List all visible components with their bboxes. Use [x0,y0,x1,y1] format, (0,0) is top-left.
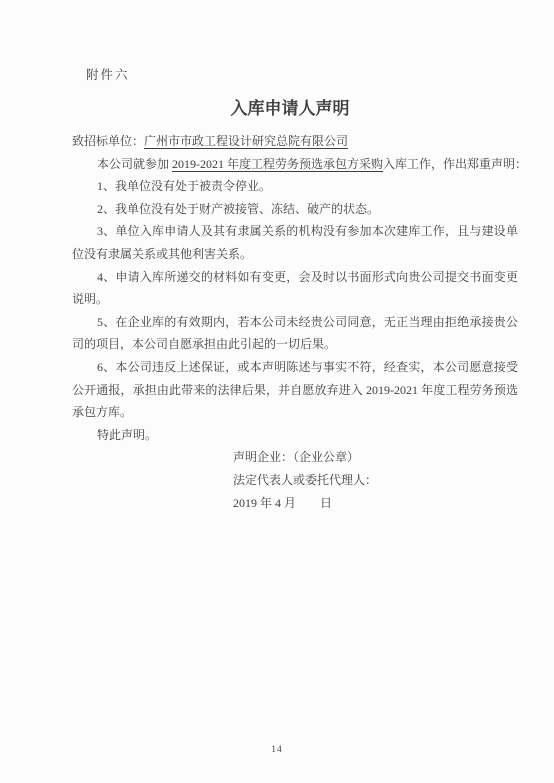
recipient-line: 致招标单位：广州市市政工程设计研究总院有限公司 [72,130,518,153]
plain-text: 入库工作，作出郑重声明： [383,157,527,171]
document-page: 附件六 入库申请人声明 致招标单位：广州市市政工程设计研究总院有限公司 本公司就… [0,0,554,783]
underlined-text: 广州市市政工程设计研究总院有限公司 [144,134,348,148]
intro-line: 本公司就参加 2019-2021 年度工程劳务预选承包方采购入库工作，作出郑重声… [72,153,518,176]
document-content: 附件六 入库申请人声明 致招标单位：广州市市政工程设计研究总院有限公司 本公司就… [0,0,554,514]
declaration-item-6: 6、本公司违反上述保证，或本声明陈述与事实不符，经查实，本公司愿意接受公开通报，… [72,356,518,424]
declaration-item-5: 5、在企业库的有效期内，若本公司未经贵公司同意，无正当理由拒绝承接贵公司的项目，… [72,311,518,356]
signature-block: 声明企业：（企业公章） 法定代表人或委托代理人： 2019 年 4 月 日 [233,446,518,514]
closing-statement: 特此声明。 [72,424,518,447]
declaration-item-2: 2、我单位没有处于财产被接管、冻结、破产的状态。 [72,198,518,221]
signature-representative-line: 法定代表人或委托代理人： [233,469,518,492]
signature-company-line: 声明企业：（企业公章） [233,446,518,469]
declaration-item-4: 4、申请入库所递交的材料如有变更，会及时以书面形式向贵公司提交书面变更说明。 [72,266,518,311]
document-title: 入库申请人声明 [72,97,508,121]
plain-text: 本公司就参加 [97,157,172,171]
underlined-text: 2019-2021 年度工程劳务预选承包方采购 [172,157,383,171]
signature-date-line: 2019 年 4 月 日 [233,492,518,515]
declaration-item-3: 3、单位入库申请人及其有隶属关系的机构没有参加本次建库工作，且与建设单位没有隶属… [72,220,518,265]
attachment-label: 附件六 [86,67,518,84]
plain-text: 致招标单位： [72,134,144,148]
page-number: 14 [0,745,554,755]
declaration-item-1: 1、我单位没有处于被责令停业。 [72,175,518,198]
